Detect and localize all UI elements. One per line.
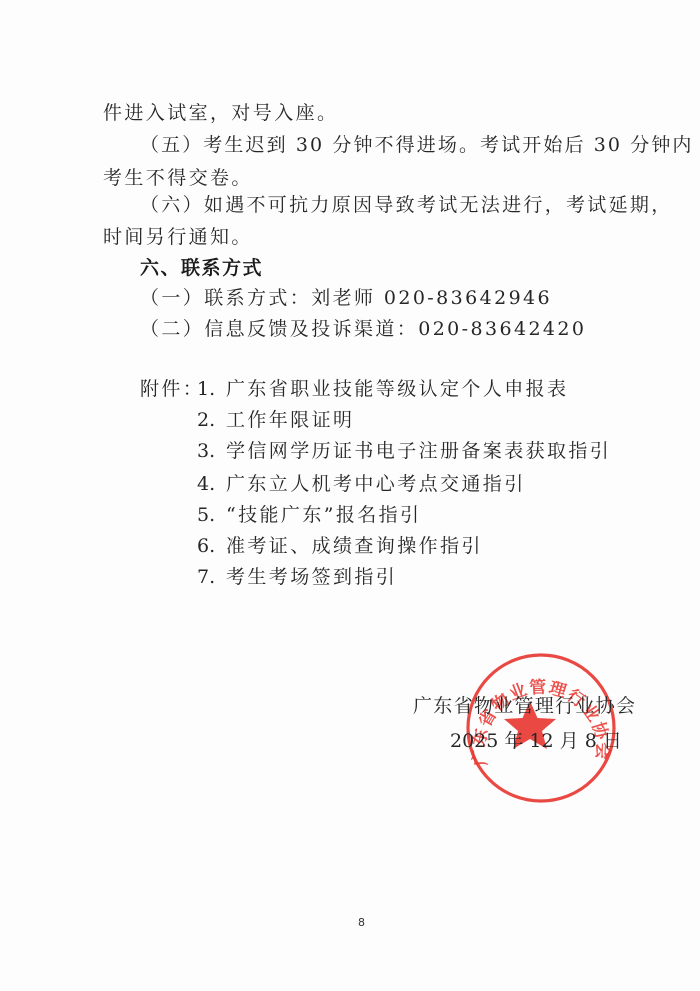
body-line: （六）如遇不可抗力原因导致考试无法进行，考试延期， <box>140 193 673 217</box>
attachments-label: 附件： <box>140 377 204 401</box>
attachment-item: 准考证、成绩查询操作指引 <box>226 534 483 558</box>
attachment-item: “技能广东”报名指引 <box>226 503 421 527</box>
attachment-number: 6. <box>197 534 215 558</box>
body-line: 件进入试室，对号入座。 <box>103 101 338 125</box>
signature-organization: 广东省物业管理行业协会 <box>413 694 636 718</box>
page-number: 8 <box>358 916 365 929</box>
attachment-item: 学信网学历证书电子注册备案表获取指引 <box>226 439 611 463</box>
attachment-number: 5. <box>197 503 215 527</box>
body-line: 时间另行通知。 <box>103 225 253 249</box>
attachment-item: 广东省职业技能等级认定个人申报表 <box>226 377 568 401</box>
attachment-number: 4. <box>197 472 215 496</box>
official-seal-stamp: 广东省物业管理行业协会 <box>462 649 620 807</box>
signature-date: 2025 年 12 月 8 日 <box>450 729 622 753</box>
body-line: 考生不得交卷。 <box>103 166 253 190</box>
attachment-number: 1. <box>197 377 215 401</box>
attachment-number: 7. <box>197 565 215 589</box>
contact-item: （一）联系方式：刘老师 020-83642946 <box>140 286 552 310</box>
attachment-number: 3. <box>197 439 215 463</box>
contact-item: （二）信息反馈及投诉渠道：020-83642420 <box>140 317 586 341</box>
attachment-item: 广东立人机考中心考点交通指引 <box>226 472 526 496</box>
section-heading: 六、联系方式 <box>140 256 263 280</box>
attachment-item: 考生考场签到指引 <box>226 565 397 589</box>
attachment-number: 2. <box>197 408 215 432</box>
body-line: （五）考生迟到 30 分钟不得进场。考试开始后 30 分钟内 <box>140 133 694 157</box>
attachment-item: 工作年限证明 <box>226 408 354 432</box>
